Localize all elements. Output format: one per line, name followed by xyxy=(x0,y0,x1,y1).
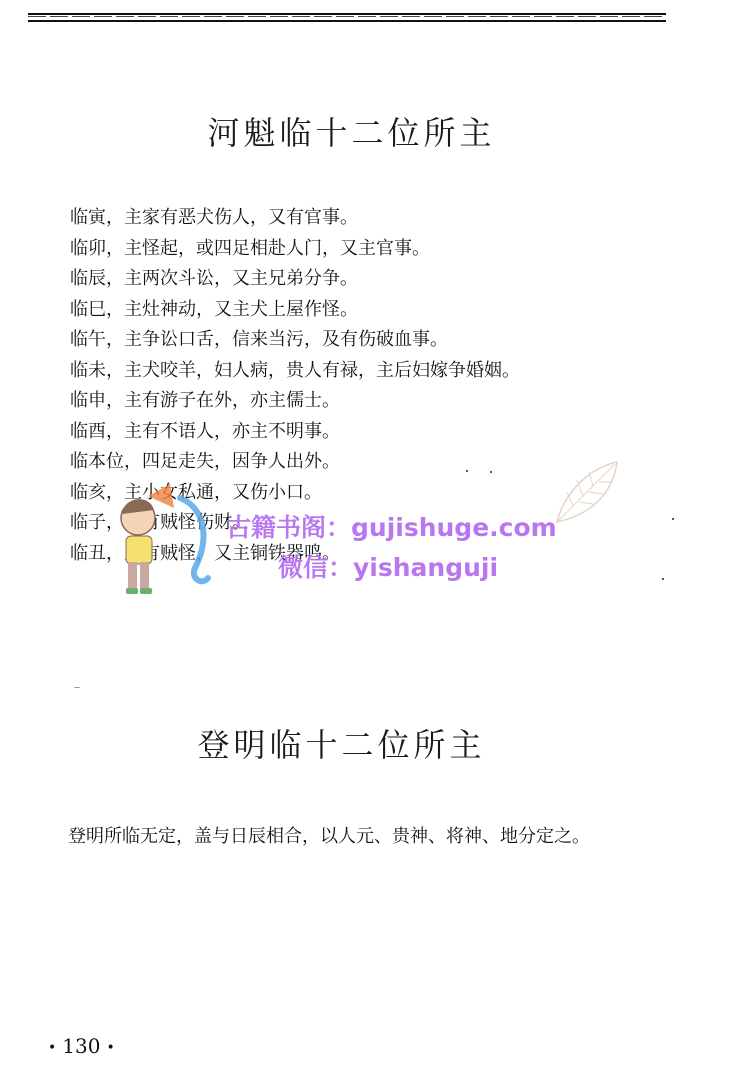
section-title-dengming: 登明临十二位所主 xyxy=(0,720,708,766)
folio-ornament: • xyxy=(106,1040,114,1056)
paragraph-text: 登明所临无定，盖与日辰相合，以人元、贵神、将神、地分定之。 xyxy=(68,826,590,847)
section-paragraph: 登明所临无定，盖与日辰相合，以人元、贵神、将神、地分定之。 xyxy=(22,820,662,854)
section-title-hekui: 河魁临十二位所主 xyxy=(0,108,718,154)
list-item: 临午，主争讼口舌，信来当污，及有伤破血事。 xyxy=(70,325,520,356)
list-item: 临寅，主家有恶犬伤人，又有官事。 xyxy=(70,203,520,234)
page-number: •130• xyxy=(42,1034,121,1058)
header-rule xyxy=(28,13,666,22)
folio-ornament: • xyxy=(48,1040,56,1056)
list-item: 临酉，主有不语人，亦主不明事。 xyxy=(70,417,520,448)
list-item: 临巳，主灶神动，又主犬上屋作怪。 xyxy=(70,295,520,326)
list-item: 临未，主犬咬羊，妇人病，贵人有禄，主后妇嫁争婚姻。 xyxy=(70,356,520,387)
page-number-value: 130 xyxy=(62,1034,100,1058)
watermark-site: 古籍书阁：gujishuge.com xyxy=(226,508,557,544)
list-item: 临本位，四足走失，因争人出外。 xyxy=(70,447,520,478)
watermark-wechat: 微信：yishanguji xyxy=(278,548,498,584)
mascot-icon xyxy=(110,478,220,598)
list-item: 临辰，主两次斗讼，又主兄弟分争。 xyxy=(70,264,520,295)
list-item: 临申，主有游子在外，亦主儒士。 xyxy=(70,386,520,417)
leaf-icon xyxy=(553,458,623,528)
list-item: 临卯，主怪起，或四足相赴人门，又主官事。 xyxy=(70,234,520,265)
